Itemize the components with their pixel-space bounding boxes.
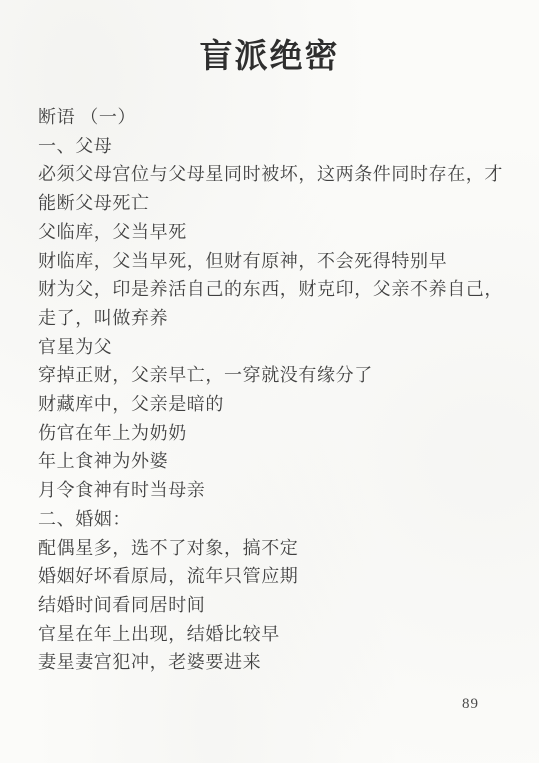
document-body: 断语 （一） 一、父母 必须父母宫位与父母星同时被坏，这两条件同时存在，才 能断… <box>38 103 515 677</box>
text-line: 断语 （一） <box>38 103 515 132</box>
text-line: 走了，叫做弃养 <box>38 304 515 333</box>
text-line: 伤官在年上为奶奶 <box>38 419 515 448</box>
text-line: 一、父母 <box>38 132 515 161</box>
text-line: 必须父母宫位与父母星同时被坏，这两条件同时存在，才 <box>38 160 515 189</box>
text-line: 穿掉正财，父亲早亡，一穿就没有缘分了 <box>38 361 515 390</box>
text-line: 财为父，印是养活自己的东西，财克印，父亲不养自己， <box>38 275 515 304</box>
text-line: 妻星妻宫犯冲，老婆要进来 <box>38 648 515 677</box>
text-line: 结婚时间看同居时间 <box>38 591 515 620</box>
text-line: 婚姻好坏看原局，流年只管应期 <box>38 562 515 591</box>
text-line: 官星为父 <box>38 333 515 362</box>
text-line: 能断父母死亡 <box>38 189 515 218</box>
text-line: 年上食神为外婆 <box>38 447 515 476</box>
scanned-book-page: 盲派绝密 断语 （一） 一、父母 必须父母宫位与父母星同时被坏，这两条件同时存在… <box>0 0 539 763</box>
page-number: 89 <box>462 696 479 713</box>
text-line: 财临库，父当早死，但财有原神，不会死得特别早 <box>38 247 515 276</box>
text-line: 父临库，父当早死 <box>38 218 515 247</box>
text-line: 配偶星多，选不了对象，搞不定 <box>38 534 515 563</box>
text-line: 月令食神有时当母亲 <box>38 476 515 505</box>
text-line: 二、婚姻： <box>38 505 515 534</box>
text-line: 官星在年上出现，结婚比较早 <box>38 620 515 649</box>
page-title: 盲派绝密 <box>0 30 539 77</box>
text-line: 财藏库中，父亲是暗的 <box>38 390 515 419</box>
